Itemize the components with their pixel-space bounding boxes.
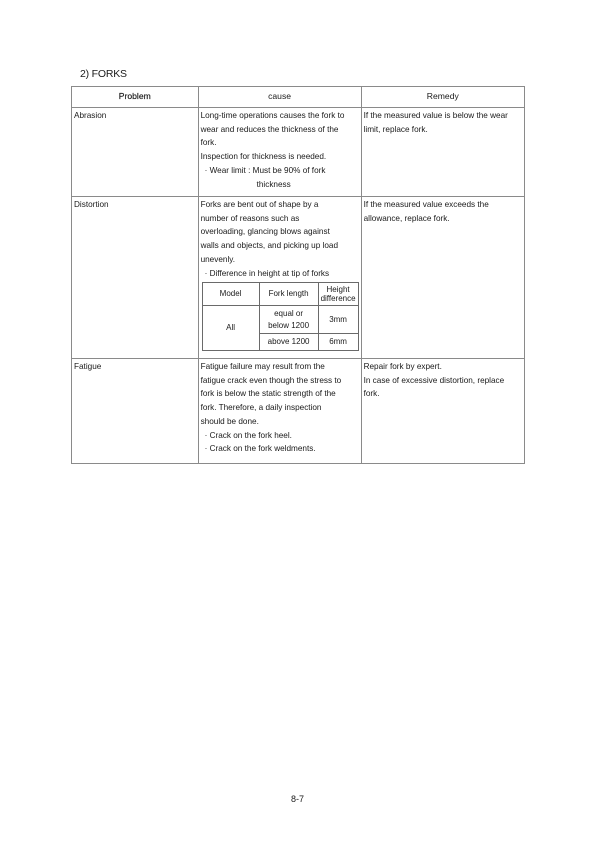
cause-line: Inspection for thickness is needed. (201, 150, 359, 164)
cause-line: walls and objects, and picking up load (201, 239, 359, 253)
problem-cell: Distortion (72, 197, 199, 359)
sub-cell-height-difference: 3mm (318, 306, 358, 334)
header-cause: cause (198, 87, 361, 108)
page-number: 8-7 (0, 794, 595, 804)
cause-cell: Long-time operations causes the fork to … (198, 108, 361, 197)
cause-line: should be done. (201, 415, 359, 429)
sub-cell-model: All (202, 306, 259, 351)
sub-header-height-difference: Height difference (318, 283, 358, 306)
remedy-line: fork. (364, 387, 522, 401)
remedy-line: Repair fork by expert. (364, 360, 522, 374)
cause-line: fatigue crack even though the stress to (201, 374, 359, 388)
cause-line: fork. (201, 136, 359, 150)
sub-table-header-row: Model Fork length Height difference (202, 283, 358, 306)
cause-line: fork. Therefore, a daily inspection (201, 401, 359, 415)
cause-bullet-continuation: thickness (201, 178, 359, 192)
remedy-cell: Repair fork by expert. In case of excess… (361, 359, 524, 464)
cause-cell: Fatigue failure may result from the fati… (198, 359, 361, 464)
cause-line: fork is below the static strength of the (201, 387, 359, 401)
sub-cell-fork-length: above 1200 (259, 334, 318, 351)
remedy-cell: If the measured value exceeds the allowa… (361, 197, 524, 359)
cause-bullet: · Wear limit : Must be 90% of fork (201, 164, 359, 178)
forks-troubleshooting-table: Problem cause Remedy Abrasion Long-time … (71, 86, 525, 464)
header-problem: Problem (72, 87, 199, 108)
remedy-line: In case of excessive distortion, replace (364, 374, 522, 388)
table-header-row: Problem cause Remedy (72, 87, 525, 108)
table-row: Abrasion Long-time operations causes the… (72, 108, 525, 197)
table-row: Distortion Forks are bent out of shape b… (72, 197, 525, 359)
sub-cell-fork-length: equal or below 1200 (259, 306, 318, 334)
cause-line: number of reasons such as (201, 212, 359, 226)
sub-header-model: Model (202, 283, 259, 306)
cause-bullet: · Difference in height at tip of forks (201, 267, 359, 281)
sub-header-fork-length: Fork length (259, 283, 318, 306)
remedy-line: If the measured value is below the wear (364, 109, 522, 123)
cause-bullet: · Crack on the fork weldments. (201, 442, 359, 456)
table-row: Fatigue Fatigue failure may result from … (72, 359, 525, 464)
header-remedy: Remedy (361, 87, 524, 108)
section-title: 2) FORKS (80, 68, 127, 80)
height-difference-table: Model Fork length Height difference All … (202, 282, 359, 351)
sub-cell-height-difference: 6mm (318, 334, 358, 351)
cause-line: Forks are bent out of shape by a (201, 198, 359, 212)
remedy-line: allowance, replace fork. (364, 212, 522, 226)
cause-line: Fatigue failure may result from the (201, 360, 359, 374)
remedy-line: If the measured value exceeds the (364, 198, 522, 212)
cause-line: overloading, glancing blows against (201, 225, 359, 239)
sub-table-row: All equal or below 1200 3mm (202, 306, 358, 334)
remedy-cell: If the measured value is below the wear … (361, 108, 524, 197)
remedy-line: limit, replace fork. (364, 123, 522, 137)
cause-line: unevenly. (201, 253, 359, 267)
problem-cell: Abrasion (72, 108, 199, 197)
problem-cell: Fatigue (72, 359, 199, 464)
cause-bullet: · Crack on the fork heel. (201, 429, 359, 443)
cause-cell: Forks are bent out of shape by a number … (198, 197, 361, 359)
cause-line: wear and reduces the thickness of the (201, 123, 359, 137)
cause-line: Long-time operations causes the fork to (201, 109, 359, 123)
